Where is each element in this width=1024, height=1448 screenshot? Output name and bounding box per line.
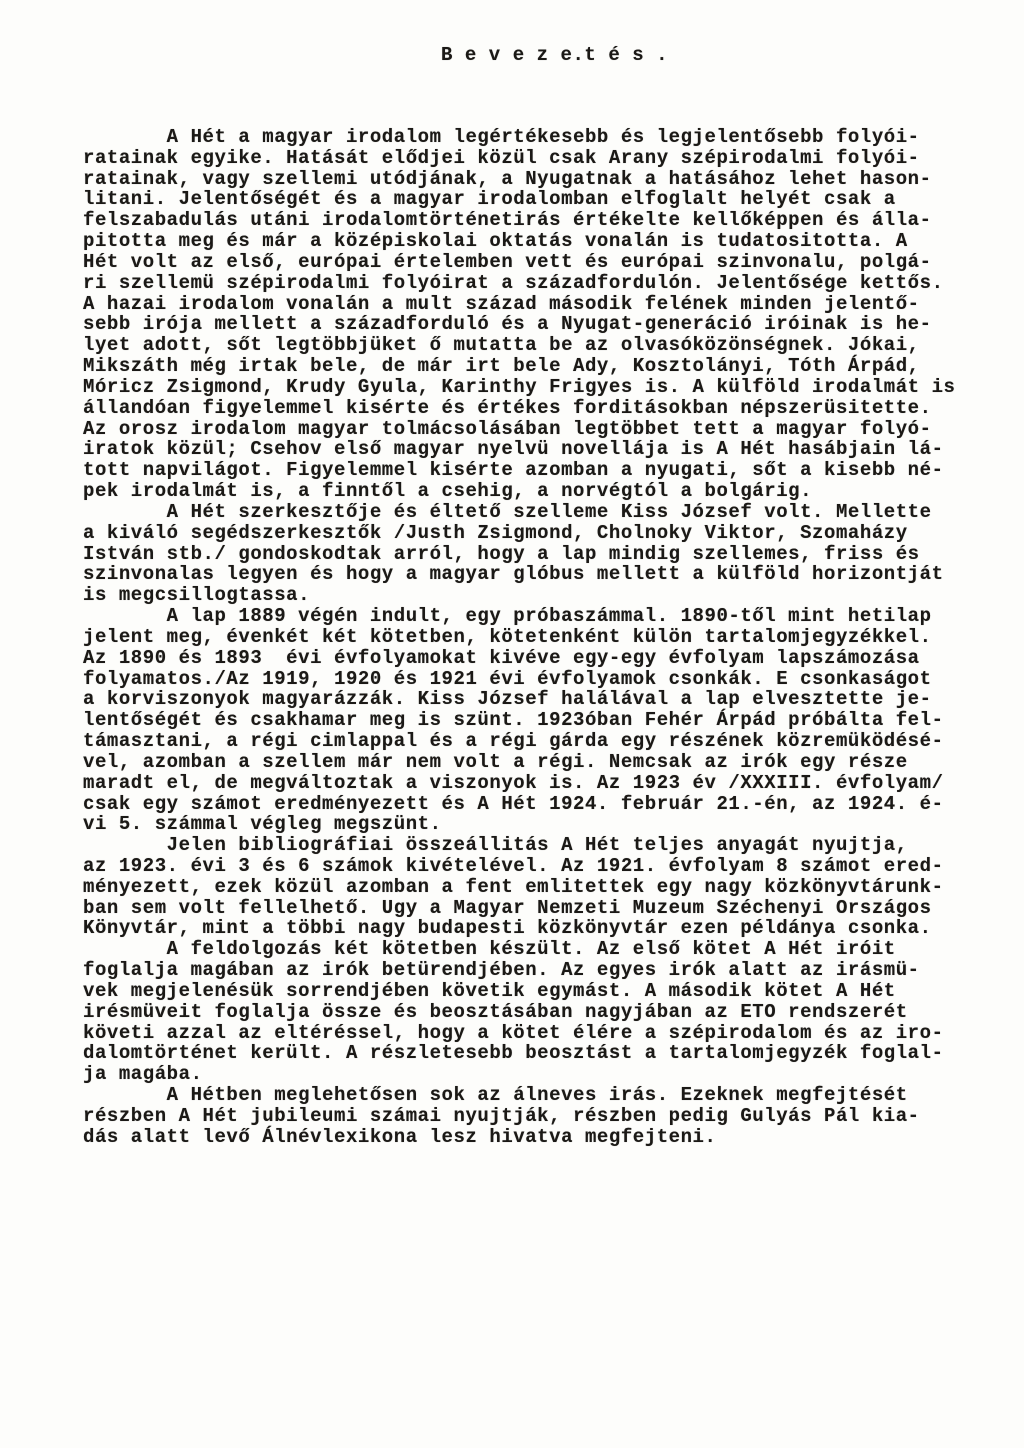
document-title: B e v e z e.t é s . <box>441 45 668 66</box>
paragraph: A Hét a magyar irodalom legértékesebb és… <box>83 127 973 502</box>
scanned-document-page: B e v e z e.t é s . A Hét a magyar iroda… <box>0 0 1024 1448</box>
paragraph: A Hétben meglehetősen sok az álneves irá… <box>83 1085 973 1147</box>
paragraph: Jelen bibliográfiai összeállitás A Hét t… <box>83 835 973 939</box>
paragraph: A Hét szerkesztője és éltető szelleme Ki… <box>83 502 973 606</box>
paragraph: A lap 1889 végén indult, egy próbaszámma… <box>83 606 973 835</box>
document-body: A Hét a magyar irodalom legértékesebb és… <box>83 127 973 1148</box>
paragraph: A feldolgozás két kötetben készült. Az e… <box>83 939 973 1085</box>
